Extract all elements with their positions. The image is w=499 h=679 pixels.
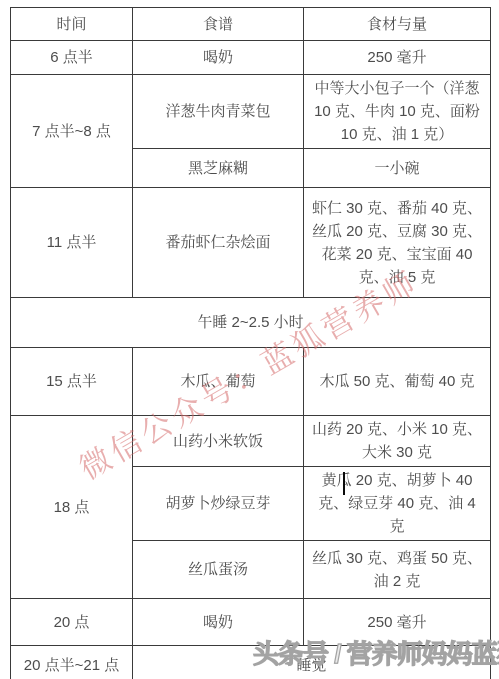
time-cell: 20 点 [11, 599, 133, 646]
recipe-cell: 丝瓜蛋汤 [133, 541, 304, 599]
table-row: 20 点半~21 点 睡觉 [11, 646, 491, 679]
time-cell: 18 点 [11, 416, 133, 599]
time-cell: 20 点半~21 点 [11, 646, 133, 679]
recipe-cell: 山药小米软饭 [133, 416, 304, 467]
meal-schedule-table: 时间 食谱 食材与量 6 点半 喝奶 250 毫升 7 点半~8 点 洋葱牛肉青… [10, 7, 491, 679]
header-time: 时间 [11, 8, 133, 41]
text-cursor [343, 472, 345, 495]
recipe-cell: 洋葱牛肉青菜包 [133, 75, 304, 149]
amount-cell: 丝瓜 30 克、鸡蛋 50 克、油 2 克 [304, 541, 491, 599]
recipe-cell: 黑芝麻糊 [133, 149, 304, 188]
nap-note-cell: 午睡 2~2.5 小时 [11, 298, 491, 348]
table-row: 7 点半~8 点 洋葱牛肉青菜包 中等大小包子一个（洋葱 10 克、牛肉 10 … [11, 75, 491, 149]
amount-cell: 木瓜 50 克、葡萄 40 克 [304, 348, 491, 416]
recipe-cell: 喝奶 [133, 599, 304, 646]
table-row: 18 点 山药小米软饭 山药 20 克、小米 10 克、大米 30 克 [11, 416, 491, 467]
recipe-cell: 胡萝卜炒绿豆芽 [133, 467, 304, 541]
header-recipe: 食谱 [133, 8, 304, 41]
time-cell: 7 点半~8 点 [11, 75, 133, 188]
time-cell: 6 点半 [11, 41, 133, 75]
amount-cell: 虾仁 30 克、番茄 40 克、丝瓜 20 克、豆腐 30 克、花菜 20 克、… [304, 188, 491, 298]
amount-cell-editing[interactable]: 黄瓜 20 克、胡萝卜 40 克、绿豆芽 40 克、油 4 克 [304, 467, 491, 541]
recipe-cell: 木瓜、葡萄 [133, 348, 304, 416]
meal-schedule-image: 时间 食谱 食材与量 6 点半 喝奶 250 毫升 7 点半~8 点 洋葱牛肉青… [0, 0, 499, 679]
time-cell: 11 点半 [11, 188, 133, 298]
table-row: 20 点 喝奶 250 毫升 [11, 599, 491, 646]
time-cell: 15 点半 [11, 348, 133, 416]
amount-cell: 山药 20 克、小米 10 克、大米 30 克 [304, 416, 491, 467]
table-row: 6 点半 喝奶 250 毫升 [11, 41, 491, 75]
table-header-row: 时间 食谱 食材与量 [11, 8, 491, 41]
amount-cell: 中等大小包子一个（洋葱 10 克、牛肉 10 克、面粉 10 克、油 1 克） [304, 75, 491, 149]
amount-cell: 250 毫升 [304, 41, 491, 75]
nap-row: 午睡 2~2.5 小时 [11, 298, 491, 348]
recipe-cell: 喝奶 [133, 41, 304, 75]
amount-cell: 250 毫升 [304, 599, 491, 646]
table-row: 15 点半 木瓜、葡萄 木瓜 50 克、葡萄 40 克 [11, 348, 491, 416]
amount-text: 黄瓜 20 克、胡萝卜 40 克、绿豆芽 40 克、油 4 克 [318, 472, 476, 535]
table-row: 11 点半 番茄虾仁杂烩面 虾仁 30 克、番茄 40 克、丝瓜 20 克、豆腐… [11, 188, 491, 298]
amount-cell: 一小碗 [304, 149, 491, 188]
header-amount: 食材与量 [304, 8, 491, 41]
recipe-cell: 番茄虾仁杂烩面 [133, 188, 304, 298]
sleep-activity-cell: 睡觉 [133, 646, 491, 679]
